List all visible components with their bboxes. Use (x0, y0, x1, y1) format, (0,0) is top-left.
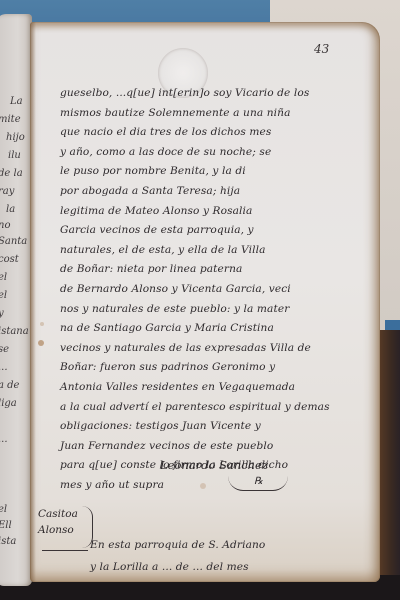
record-line: vecinos y naturales de las expresadas Vi… (60, 339, 378, 359)
record-line: mismos bautize Solemnemente a una niña (60, 104, 378, 124)
left-fragment-text: mite (0, 114, 21, 125)
record-line: le puso por nombre Benita, y la di (60, 162, 378, 182)
record-line: a la cual advertí el parentesco espiritu… (60, 398, 378, 418)
ink-stain (40, 322, 44, 326)
left-fragment-text: ... (0, 434, 8, 445)
record-line: Antonia Valles residentes en Vegaquemada (60, 378, 378, 398)
record-line: de Bernardo Alonso y Vicenta Garcia, vec… (60, 280, 378, 300)
record-line: Garcia vecinos de esta parroquia, y (60, 221, 378, 241)
left-fragment-text: a de (0, 380, 19, 391)
record-line: y año, como a las doce de su noche; se (60, 143, 378, 163)
record-line: Boñar: fueron sus padrinos Geronimo y (60, 358, 378, 378)
record-line: nos y naturales de este pueblo: y la mat… (60, 300, 378, 320)
left-fragment-text: se (0, 344, 9, 355)
left-fragment-text: ... (0, 362, 8, 373)
left-fragment-text: y (0, 308, 4, 319)
margin-underline (42, 550, 88, 551)
margin-note: Casitoa Alonso (38, 506, 84, 538)
record-line: Juan Fernandez vecinos de este pueblo (60, 437, 378, 457)
left-fragment-text: no (0, 220, 10, 231)
left-fragment-text: ray (0, 186, 14, 197)
margin-note-line: Casitoa (38, 506, 84, 522)
page-number: 43 (314, 42, 329, 56)
photo-scene: La mite hijo ilu de la ray la no Santa c… (0, 0, 400, 600)
record-line: que nacio el dia tres de los dichos mes (60, 123, 378, 143)
left-fragment-text: ilu (8, 150, 21, 161)
record-line: por abogada a Santa Teresa; hija (60, 182, 378, 202)
rubric-mark: ℞ (254, 476, 263, 487)
book-spine-edge (378, 330, 400, 600)
left-page-fragment: La mite hijo ilu de la ray la no Santa c… (0, 14, 32, 586)
left-fragment-text: el (0, 504, 7, 515)
record-line: y la Lorilla a ... de ... del mes (90, 556, 265, 578)
left-fragment-text: istana (0, 326, 29, 337)
record-line: legitima de Mateo Alonso y Rosalia (60, 202, 378, 222)
left-fragment-text: el (0, 272, 7, 283)
record-line: En esta parroquia de S. Adriano (90, 534, 265, 556)
record-line: naturales, el de esta, y ella de la Vill… (60, 241, 378, 261)
left-fragment-text: cost (0, 254, 19, 265)
baptism-record-text: gueselbo, ...q[ue] int[erin]o soy Vicari… (60, 84, 378, 495)
left-fragment-text: liga (0, 398, 17, 409)
margin-note-line: Alonso (38, 522, 84, 538)
left-fragment-text: ista (0, 536, 16, 547)
signature: Leonardo Sanchez (160, 458, 268, 472)
next-record-text: En esta parroquia de S. Adriano y la Lor… (90, 534, 265, 578)
record-line: na de Santiago Garcia y Maria Cristina (60, 319, 378, 339)
record-line: obligaciones: testigos Juan Vicente y (60, 417, 378, 437)
record-line: gueselbo, ...q[ue] int[erin]o soy Vicari… (60, 84, 378, 104)
left-fragment-text: Santa (0, 236, 27, 247)
record-line: mes y año ut supra (60, 476, 378, 496)
left-fragment-text: La (10, 96, 23, 107)
left-fragment-text: Ell (0, 520, 12, 531)
ink-stain (38, 340, 44, 346)
record-line: de Boñar: nieta por linea paterna (60, 260, 378, 280)
left-fragment-text: hijo (6, 132, 25, 143)
left-fragment-text: de la (0, 168, 23, 179)
left-fragment-text: el (0, 290, 7, 301)
ink-stain (200, 483, 206, 489)
manuscript-page: 43 gueselbo, ...q[ue] int[erin]o soy Vic… (30, 22, 380, 582)
left-fragment-text: la (6, 204, 15, 215)
